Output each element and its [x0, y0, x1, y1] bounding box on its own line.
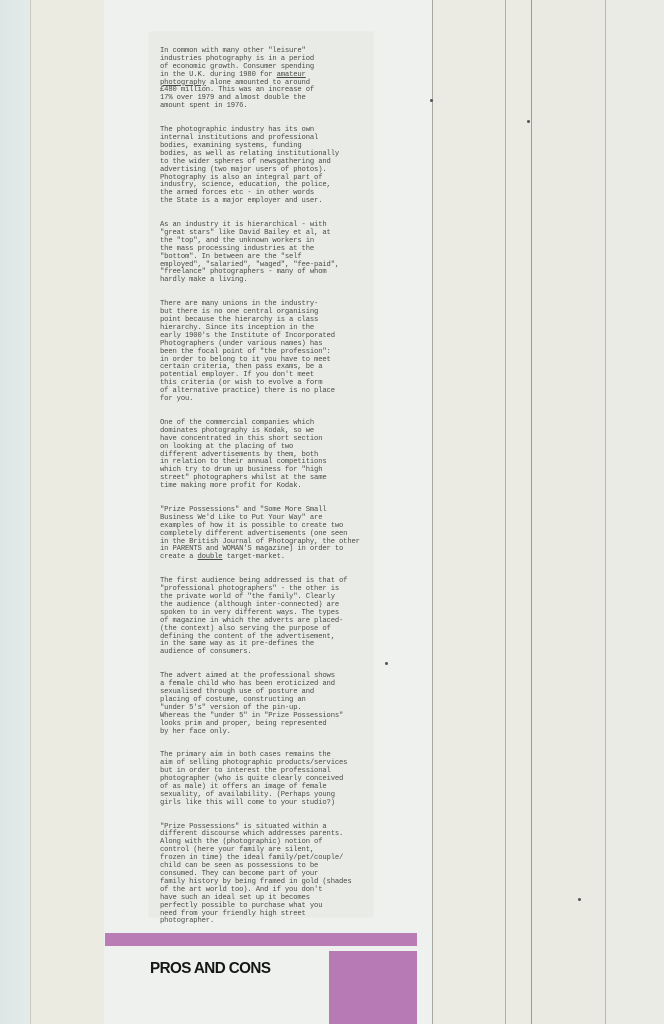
underlined-double: double	[197, 553, 222, 561]
dust-speck	[578, 898, 581, 901]
section-heading: PROS AND CONS	[150, 960, 270, 978]
body-text-column: In common with many other "leisure" indu…	[160, 40, 375, 942]
accent-band	[105, 933, 417, 946]
paragraph-5: One of the commercial companies which do…	[160, 420, 375, 491]
paragraph-4: There are many unions in the industry- b…	[160, 301, 375, 404]
display-panel-right-2	[505, 0, 532, 1024]
paragraph-6-after: target-market.	[222, 553, 284, 561]
paragraph-6: "Prize Possessions" and "Some More Small…	[160, 507, 375, 562]
accent-block	[329, 951, 417, 1024]
display-panel-right-1	[432, 0, 506, 1024]
display-panel-right-3	[531, 0, 606, 1024]
paragraph-9: The primary aim in both cases remains th…	[160, 752, 375, 807]
dust-speck	[430, 99, 433, 102]
paragraph-3: As an industry it is hierarchical - with…	[160, 222, 375, 285]
display-panel-left	[30, 0, 105, 1024]
dust-speck	[527, 120, 530, 123]
paragraph-7: The first audience being addressed is th…	[160, 578, 375, 657]
wall-background	[0, 0, 30, 1024]
paragraph-10: "Prize Possessions" is situated within a…	[160, 824, 375, 927]
paragraph-2: The photographic industry has its own in…	[160, 127, 375, 206]
paragraph-8: The advert aimed at the professional sho…	[160, 673, 375, 736]
paragraph-1: In common with many other "leisure" indu…	[160, 48, 375, 111]
display-panel-right-4	[605, 0, 664, 1024]
dust-speck	[385, 662, 388, 665]
